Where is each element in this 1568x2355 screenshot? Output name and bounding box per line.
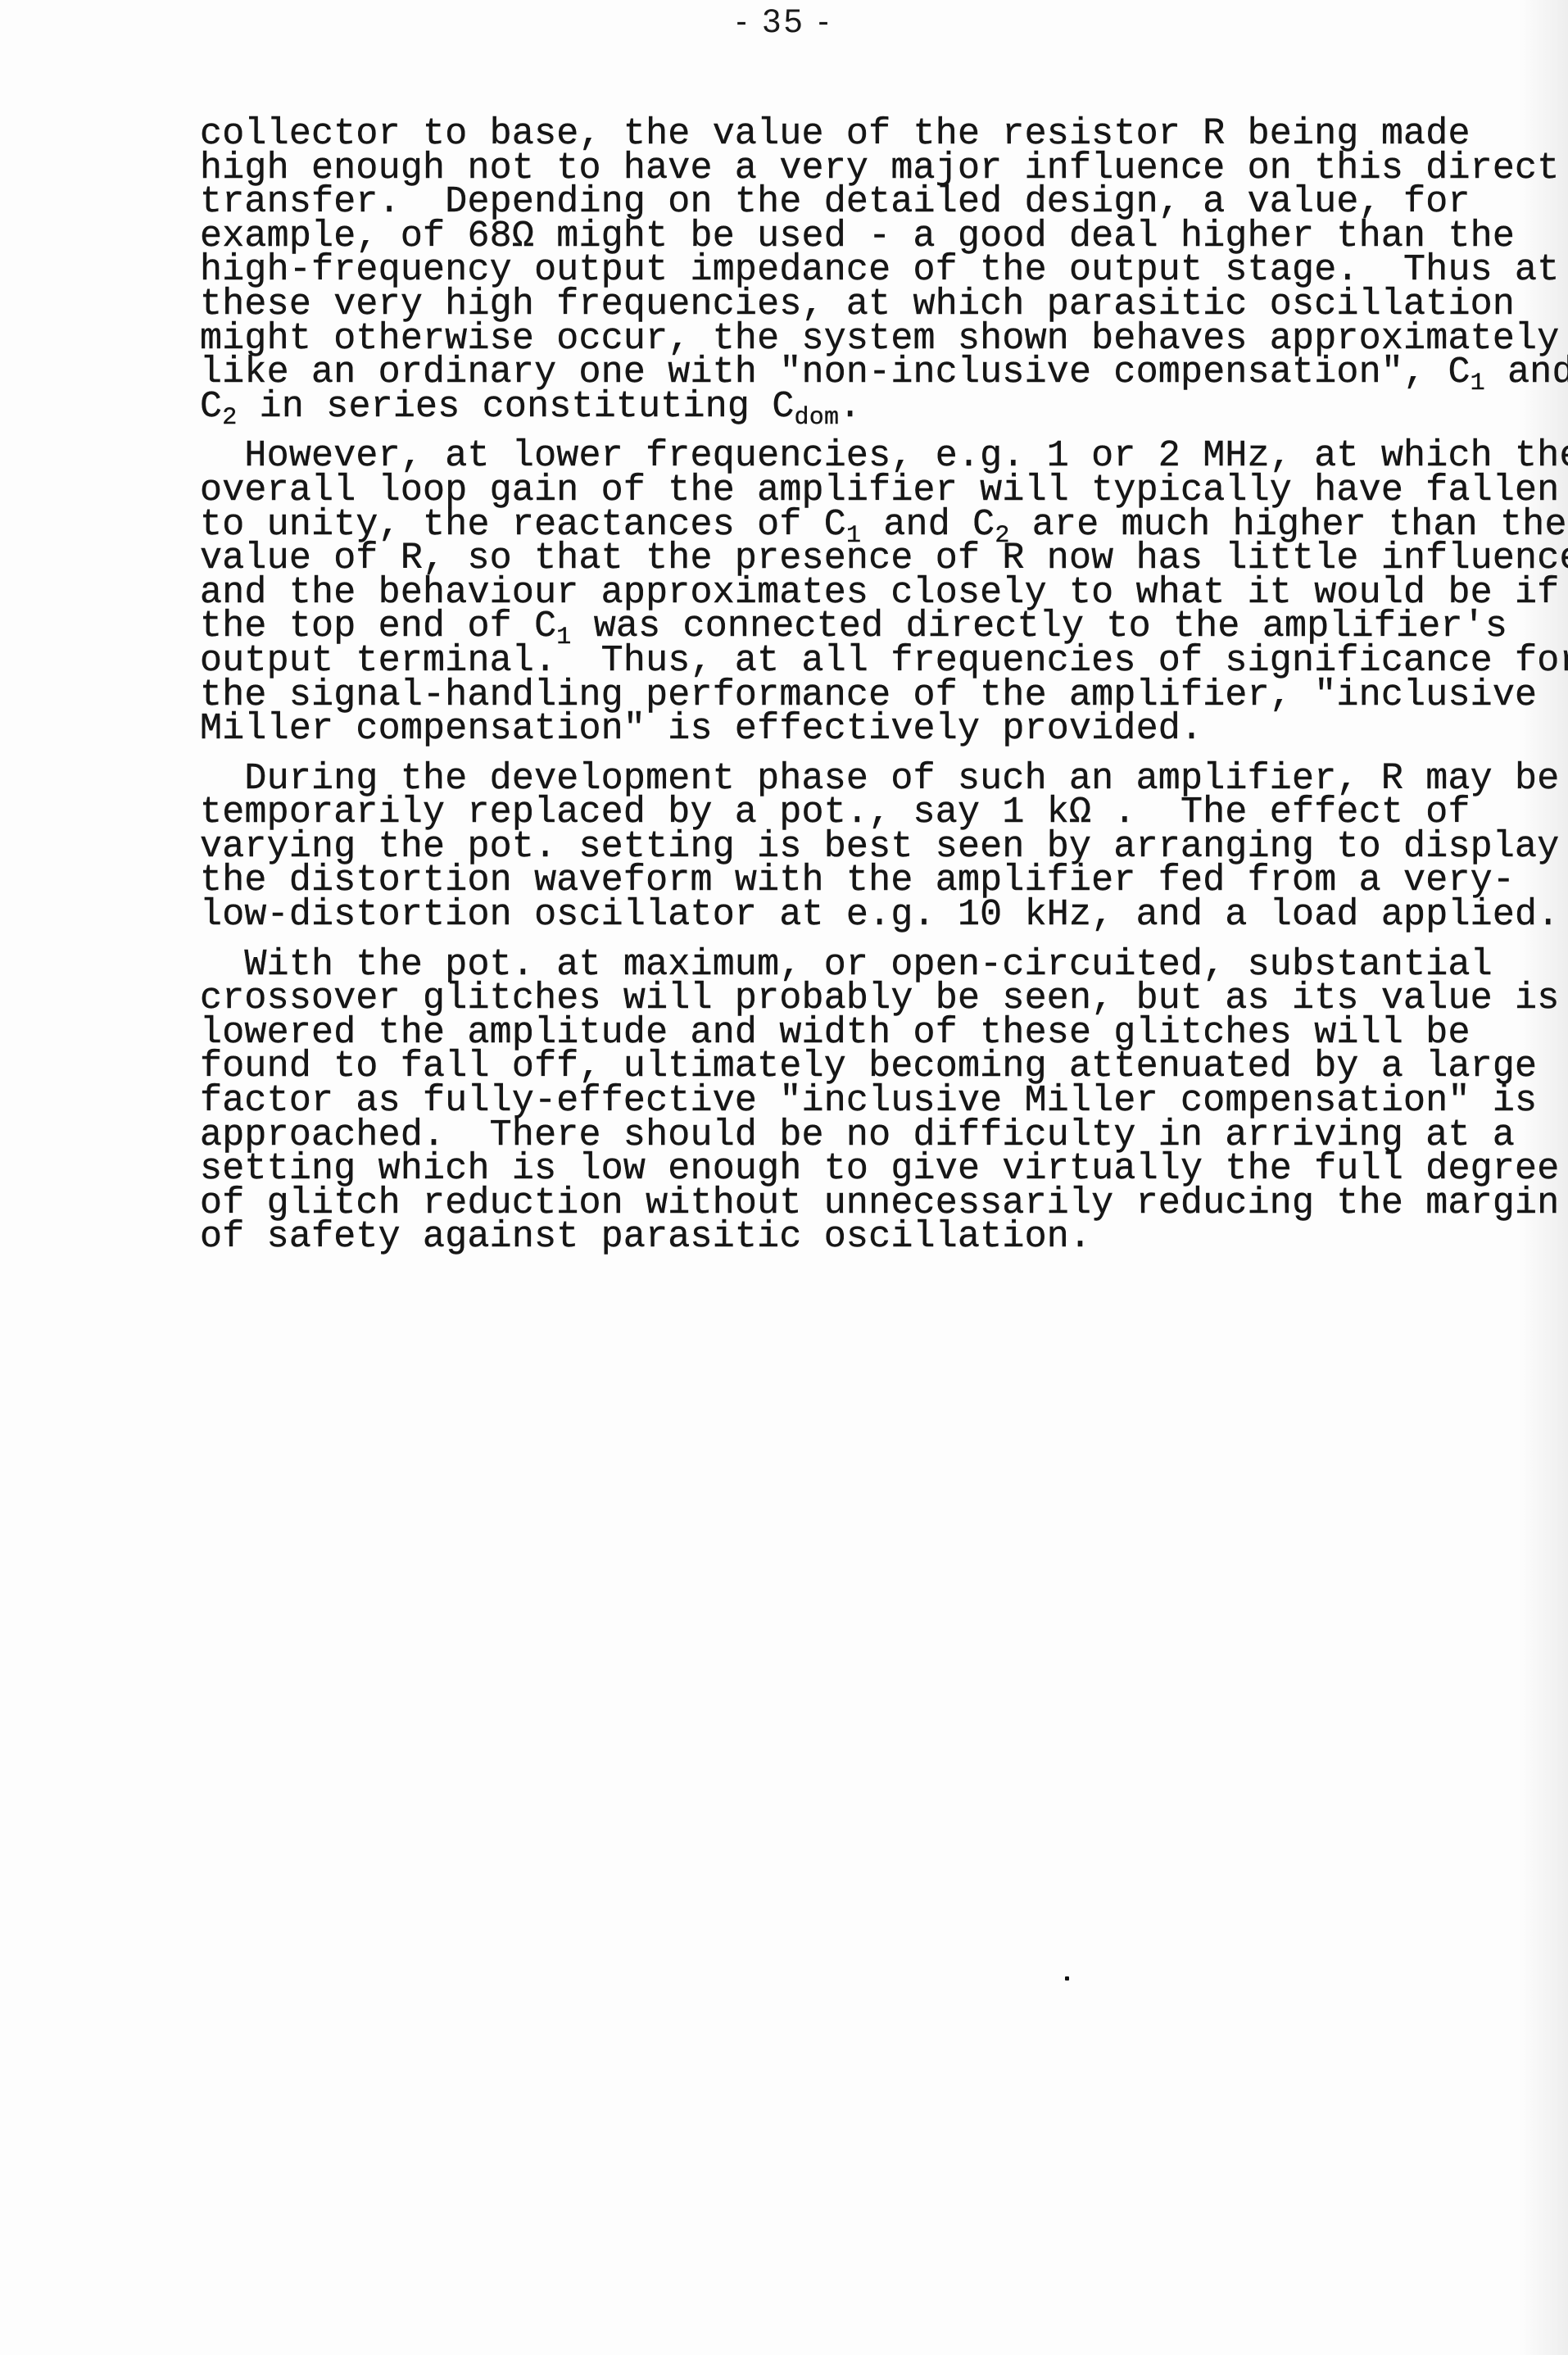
text-line: output terminal. Thus, at all frequencie… bbox=[200, 644, 1543, 678]
paragraph-1: collector to base, the value of the resi… bbox=[200, 117, 1543, 424]
text-line: value of R, so that the presence of R no… bbox=[200, 542, 1543, 576]
subscript: 1 bbox=[846, 522, 861, 550]
text-line: transfer. Depending on the detailed desi… bbox=[200, 185, 1543, 220]
text-line: crossover glitches will probably be seen… bbox=[200, 982, 1543, 1016]
text-line: collector to base, the value of the resi… bbox=[200, 117, 1543, 152]
scan-speck bbox=[1065, 1976, 1069, 1981]
paragraph-4: With the pot. at maximum, or open-circui… bbox=[200, 948, 1543, 1255]
subscript: 1 bbox=[556, 624, 571, 651]
text-line: like an ordinary one with "non-inclusive… bbox=[200, 356, 1543, 390]
subscript: 2 bbox=[222, 404, 237, 432]
text-run: of safety against parasitic oscillation. bbox=[200, 1216, 1091, 1258]
subscript: dom bbox=[795, 404, 840, 432]
page-number: - 35 - bbox=[0, 3, 1568, 40]
text-line: setting which is low enough to give virt… bbox=[200, 1152, 1543, 1187]
text-line: C2 in series constituting Cdom. bbox=[200, 390, 1543, 424]
subscript: 1 bbox=[1471, 370, 1485, 397]
text-line: During the development phase of such an … bbox=[200, 762, 1543, 796]
text-line: of glitch reduction without unnecessaril… bbox=[200, 1187, 1543, 1221]
text-line: varying the pot. setting is best seen by… bbox=[200, 830, 1543, 864]
text-line: factor as fully-effective "inclusive Mil… bbox=[200, 1084, 1543, 1119]
text-run: and bbox=[1485, 352, 1568, 393]
text-line: temporarily replaced by a pot., say 1 kΩ… bbox=[200, 796, 1543, 830]
text-line: of safety against parasitic oscillation. bbox=[200, 1220, 1543, 1255]
text-run: Miller compensation" is effectively prov… bbox=[200, 708, 1203, 750]
text-line: high enough not to have a very major inf… bbox=[200, 152, 1543, 186]
text-line: and the behaviour approximates closely t… bbox=[200, 576, 1543, 610]
text-line: these very high frequencies, at which pa… bbox=[200, 288, 1543, 322]
text-line: to unity, the reactances of C1 and C2 ar… bbox=[200, 508, 1543, 542]
text-line: Miller compensation" is effectively prov… bbox=[200, 712, 1543, 746]
text-run: low-distortion oscillator at e.g. 10 kHz… bbox=[200, 894, 1559, 936]
text-line: the signal-handling performance of the a… bbox=[200, 678, 1543, 713]
text-line: lowered the amplitude and width of these… bbox=[200, 1016, 1543, 1050]
text-line: the distortion waveform with the amplifi… bbox=[200, 864, 1543, 898]
text-line: found to fall off, ultimately becoming a… bbox=[200, 1050, 1543, 1084]
document-body: collector to base, the value of the resi… bbox=[200, 117, 1543, 1270]
paragraph-3: During the development phase of such an … bbox=[200, 762, 1543, 932]
text-run: C bbox=[200, 386, 222, 428]
subscript: 2 bbox=[995, 522, 1009, 550]
text-line: high-frequency output impedance of the o… bbox=[200, 253, 1543, 288]
text-run: in series constituting C bbox=[237, 386, 794, 428]
text-line: low-distortion oscillator at e.g. 10 kHz… bbox=[200, 898, 1543, 932]
text-line: With the pot. at maximum, or open-circui… bbox=[200, 948, 1543, 982]
text-line: overall loop gain of the amplifier will … bbox=[200, 474, 1543, 508]
text-line: example, of 68Ω might be used - a good d… bbox=[200, 220, 1543, 254]
paragraph-2: However, at lower frequencies, e.g. 1 or… bbox=[200, 439, 1543, 746]
text-line: might otherwise occur, the system shown … bbox=[200, 322, 1543, 356]
text-line: However, at lower frequencies, e.g. 1 or… bbox=[200, 439, 1543, 474]
text-line: approached. There should be no difficult… bbox=[200, 1119, 1543, 1153]
text-run: . bbox=[839, 386, 861, 428]
text-line: the top end of C1 was connected directly… bbox=[200, 610, 1543, 644]
